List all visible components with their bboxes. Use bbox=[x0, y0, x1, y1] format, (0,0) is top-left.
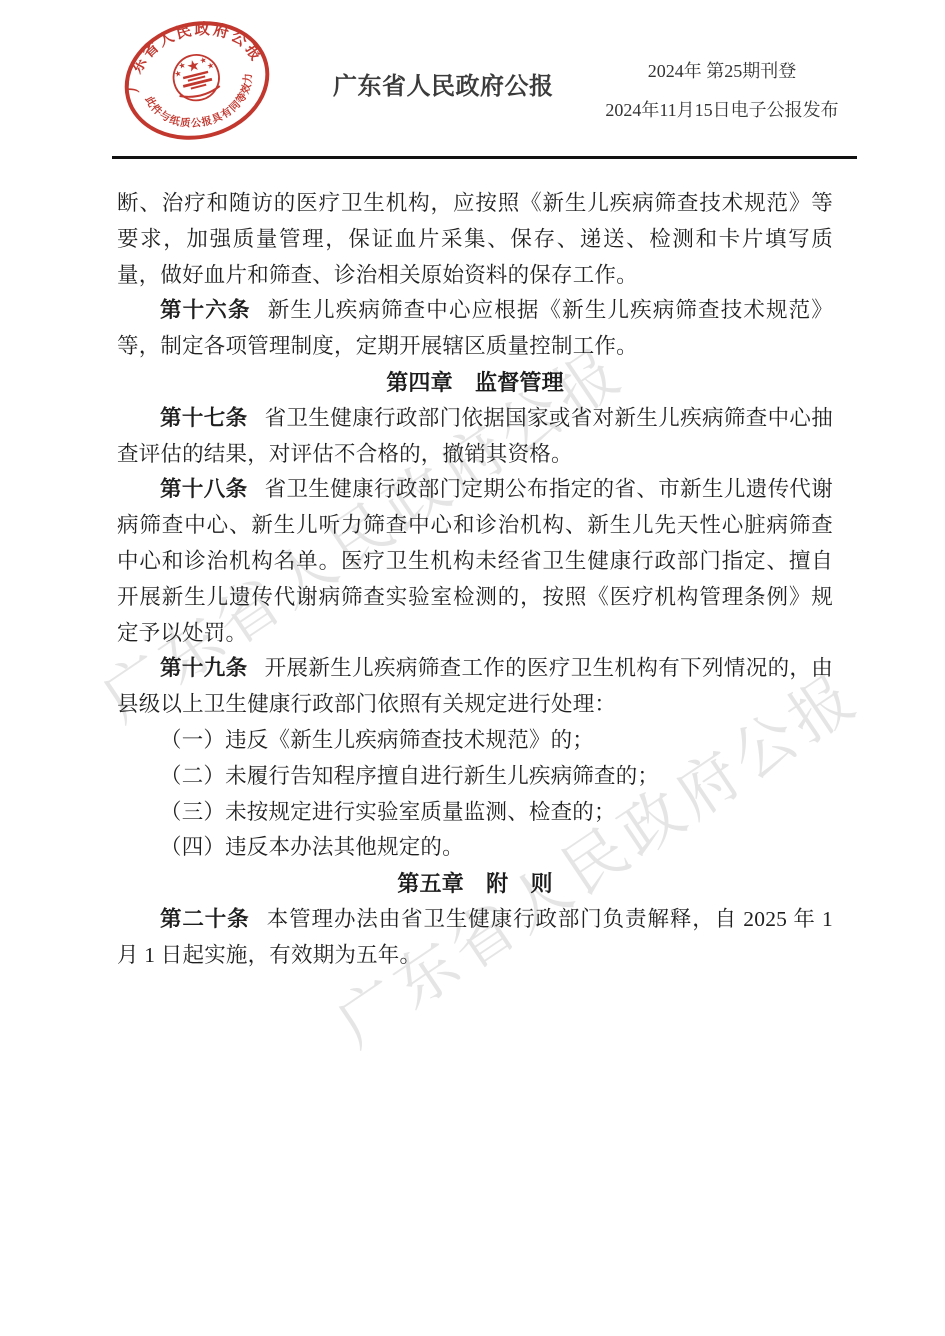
gazette-title: 广东省人民政府公报 bbox=[333, 66, 554, 101]
gazette-seal: 广东省人民政府公报 此件与纸质公报具有同等效力 ★ ★ ★ ★ ★ bbox=[118, 14, 276, 148]
national-emblem-icon: ★ ★ ★ ★ ★ bbox=[169, 50, 224, 105]
article-16: 第十六条新生儿疾病筛查中心应根据《新生儿疾病筛查技术规范》等，制定各项管理制度，… bbox=[117, 293, 833, 365]
header-divider bbox=[112, 156, 857, 159]
article-20-label: 第二十条 bbox=[160, 907, 250, 931]
article-18: 第十八条省卫生健康行政部门定期公布指定的省、市新生儿遗传代谢病筛查中心、新生儿听… bbox=[117, 472, 833, 651]
article-20: 第二十条本管理办法由省卫生健康行政部门负责解释，自 2025 年 1 月 1 日… bbox=[117, 902, 833, 974]
date-line: 2024年11月15日电子公报发布 bbox=[598, 91, 846, 130]
document-body: 断、治疗和随访的医疗卫生机构，应按照《新生儿疾病筛查技术规范》等要求，加强质量管… bbox=[117, 186, 833, 974]
article-17: 第十七条省卫生健康行政部门依据国家或省对新生儿疾病筛查中心抽查评估的结果，对评估… bbox=[117, 401, 833, 473]
page-header: 广东省人民政府公报 此件与纸质公报具有同等效力 ★ ★ ★ ★ ★ 广东省人民政… bbox=[0, 0, 945, 165]
article-19: 第十九条开展新生儿疾病筛查工作的医疗卫生机构有下列情况的，由县级以上卫生健康行政… bbox=[117, 651, 833, 723]
header-meta: 2024年 第25期刊登 2024年11月15日电子公报发布 bbox=[598, 52, 846, 130]
article-16-label: 第十六条 bbox=[160, 298, 251, 322]
list-item-2: （二）未履行告知程序擅自进行新生儿疾病筛查的； bbox=[117, 759, 833, 795]
article-18-text: 省卫生健康行政部门定期公布指定的省、市新生儿遗传代谢病筛查中心、新生儿听力筛查中… bbox=[117, 477, 833, 644]
article-17-label: 第十七条 bbox=[160, 406, 247, 430]
article-19-label: 第十九条 bbox=[160, 656, 247, 680]
article-18-label: 第十八条 bbox=[160, 477, 247, 501]
list-item-4: （四）违反本办法其他规定的。 bbox=[117, 830, 833, 866]
chapter-4-heading: 第四章 监督管理 bbox=[117, 365, 833, 401]
issue-line: 2024年 第25期刊登 bbox=[598, 52, 846, 91]
chapter-5-heading: 第五章 附 则 bbox=[117, 866, 833, 902]
list-item-1: （一）违反《新生儿疾病筛查技术规范》的； bbox=[117, 723, 833, 759]
gazette-page: 广东省人民政府公报 广东省人民政府公报 广东省人民政府公报 此件与纸质公报具有同… bbox=[0, 0, 945, 1336]
small-star-icon: ★ bbox=[174, 69, 183, 78]
paragraph-continuation: 断、治疗和随访的医疗卫生机构，应按照《新生儿疾病筛查技术规范》等要求，加强质量管… bbox=[117, 186, 833, 293]
list-item-3: （三）未按规定进行实验室质量监测、检查的； bbox=[117, 795, 833, 831]
